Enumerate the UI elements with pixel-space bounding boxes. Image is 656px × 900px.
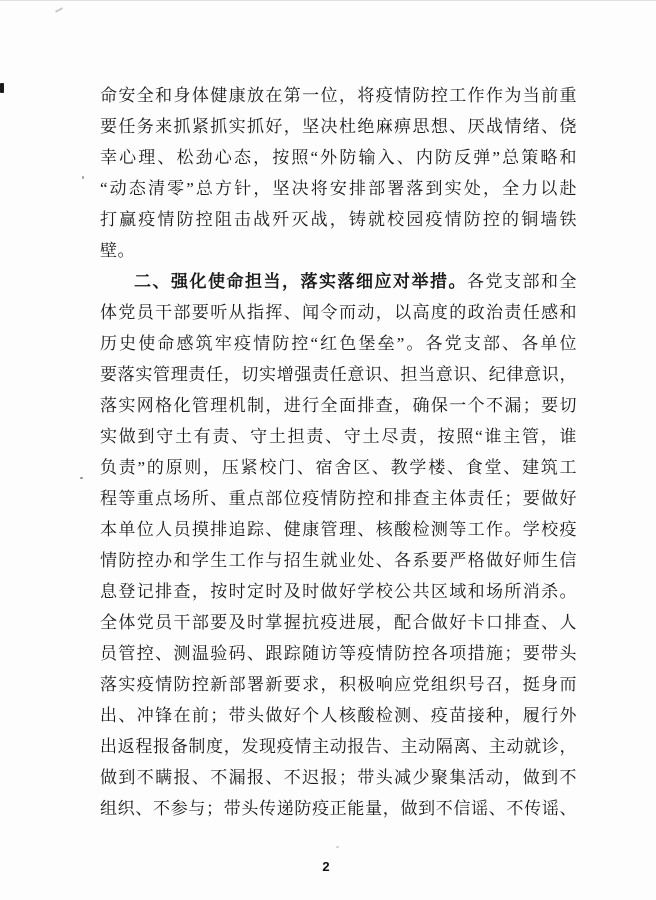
text-line: 出、冲锋在前；带头做好个人核酸检测、疫苗接种，履行外 — [100, 700, 577, 731]
text-line: 情防控办和学生工作与招生就业处、各系要严格做好师生信 — [100, 545, 577, 576]
text-line: 程等重点场所、重点部位疫情防控和排查主体责任；要做好 — [100, 483, 577, 514]
document-body: 命安全和身体健康放在第一位，将疫情防控工作作为当前重 要任务来抓紧抓实抓好，坚决… — [100, 80, 577, 824]
page-number: 2 — [0, 859, 652, 874]
section-heading: 二、强化使命担当，落实落细应对举措。 — [134, 272, 467, 291]
text-line: 体党员干部要听从指挥、闻令而动，以高度的政治责任感和 — [100, 297, 577, 328]
text-line: 全体党员干部要及时掌握抗疫进展，配合做好卡口排查、人 — [100, 607, 577, 638]
scan-artifact — [80, 477, 83, 479]
scan-artifact — [55, 7, 63, 13]
text-line: 历史使命感筑牢疫情防控“红色堡垒”。各党支部、各单位 — [100, 328, 577, 359]
text-line: 息登记排查，按时定时及时做好学校公共区域和场所消杀。 — [100, 576, 577, 607]
scan-artifact — [336, 846, 339, 848]
document-page: 命安全和身体健康放在第一位，将疫情防控工作作为当前重 要任务来抓紧抓实抓好，坚决… — [0, 0, 656, 900]
scan-edge-line — [0, 0, 656, 1]
text-line: 壁。 — [100, 235, 577, 266]
text-line: 要任务来抓紧抓实抓好，坚决杜绝麻痹思想、厌战情绪、侥 — [100, 111, 577, 142]
text-line: “动态清零”总方针，坚决将安排部署落到实处，全力以赴 — [100, 173, 577, 204]
text-line: 落实网格化管理机制，进行全面排查，确保一个不漏；要切 — [100, 390, 577, 421]
text-run: 各党支部和全 — [467, 272, 577, 291]
text-line: 出返程报备制度，发现疫情主动报告、主动隔离、主动就诊， — [100, 731, 577, 762]
text-line: 打赢疫情防控阻击战歼灭战，铸就校园疫情防控的铜墙铁 — [100, 204, 577, 235]
text-line: 员管控、测温验码、跟踪随访等疫情防控各项措施；要带头 — [100, 638, 577, 669]
text-line: 负责”的原则，压紧校门、宿舍区、教学楼、食堂、建筑工 — [100, 452, 577, 483]
text-line: 组织、不参与；带头传递防疫正能量，做到不信谣、不传谣、 — [100, 793, 577, 824]
scan-artifact — [0, 83, 4, 93]
text-line: 落实疫情防控新部署新要求，积极响应党组织号召，挺身而 — [100, 669, 577, 700]
text-line: 做到不瞒报、不漏报、不迟报；带头减少聚集活动，做到不 — [100, 762, 577, 793]
text-line: 实做到守土有责、守土担责、守土尽责，按照“谁主管，谁 — [100, 421, 577, 452]
text-line: 本单位人员摸排追踪、健康管理、核酸检测等工作。学校疫 — [100, 514, 577, 545]
text-line: 要落实管理责任，切实增强责任意识、担当意识、纪律意识， — [100, 359, 577, 390]
text-line: 命安全和身体健康放在第一位，将疫情防控工作作为当前重 — [100, 80, 577, 111]
scan-artifact — [82, 176, 84, 179]
text-line: 幸心理、松劲心态，按照“外防输入、内防反弹”总策略和 — [100, 142, 577, 173]
section-heading-line: 二、强化使命担当，落实落细应对举措。各党支部和全 — [100, 266, 577, 297]
